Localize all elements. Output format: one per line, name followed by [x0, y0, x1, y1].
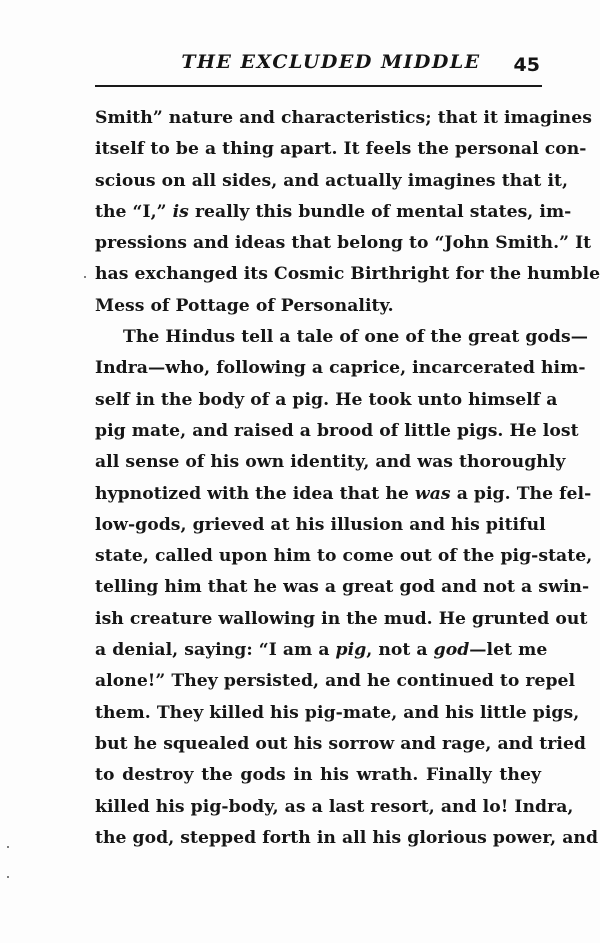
- italic-word: pig: [336, 640, 367, 660]
- text-segment: Smith” nature and characteristics; that …: [95, 108, 592, 128]
- text-segment: Mess of Pottage of Personality.: [95, 296, 394, 316]
- text-segment: scious on all sides, and actually imagin…: [95, 171, 568, 191]
- text-segment: Indra—who, following a caprice, incarcer…: [95, 358, 586, 378]
- text-line: pressions and ideas that belong to “John…: [95, 228, 541, 259]
- italic-word: god: [434, 640, 470, 660]
- text-segment: pressions and ideas that belong to “John…: [95, 233, 591, 253]
- text-line: Mess of Pottage of Personality.: [95, 291, 541, 322]
- text-line: scious on all sides, and actually imagin…: [95, 166, 541, 197]
- text-line: a denial, saying: “I am a pig, not a god…: [95, 635, 541, 666]
- text-line: to destroy the gods in his wrath. Finall…: [95, 760, 541, 791]
- text-line: ish creature wallowing in the mud. He gr…: [95, 604, 541, 635]
- text-segment: killed his pig-body, as a last resort, a…: [95, 797, 573, 817]
- paragraph: Smith” nature and characteristics; that …: [95, 103, 541, 322]
- text-line: telling him that he was a great god and …: [95, 572, 541, 603]
- text-line: Smith” nature and characteristics; that …: [95, 103, 541, 134]
- text-segment: self in the body of a pig. He took unto …: [95, 390, 557, 410]
- text-line: the god, stepped forth in all his glorio…: [95, 823, 541, 854]
- italic-word: is: [173, 202, 189, 222]
- text-segment: a pig. The fel-: [451, 484, 592, 504]
- italic-word: was: [415, 484, 451, 504]
- text-segment: itself to be a thing apart. It feels the…: [95, 139, 586, 159]
- text-segment: the “I,”: [95, 202, 173, 222]
- text-line: hypnotized with the idea that he was a p…: [95, 479, 541, 510]
- text-segment: but he squealed out his sorrow and rage,…: [95, 734, 586, 754]
- body-text: Smith” nature and characteristics; that …: [95, 103, 541, 854]
- scan-speck: [7, 876, 9, 878]
- text-segment: has exchanged its Cosmic Birthright for …: [95, 264, 600, 284]
- text-line: all sense of his own identity, and was t…: [95, 447, 541, 478]
- text-segment: , not a: [366, 640, 433, 660]
- text-line: alone!” They persisted, and he continued…: [95, 666, 541, 697]
- scan-speck: [84, 276, 86, 278]
- text-line: but he squealed out his sorrow and rage,…: [95, 729, 541, 760]
- text-line: The Hindus tell a tale of one of the gre…: [95, 322, 541, 353]
- text-segment: alone!” They persisted, and he continued…: [95, 671, 575, 691]
- paragraph: The Hindus tell a tale of one of the gre…: [95, 322, 541, 854]
- text-line: the “I,” is really this bundle of mental…: [95, 197, 541, 228]
- scan-speck: [7, 846, 9, 848]
- text-segment: ish creature wallowing in the mud. He gr…: [95, 609, 587, 629]
- book-page: THE EXCLUDED MIDDLE 45 Smith” nature and…: [0, 0, 600, 943]
- text-segment: all sense of his own identity, and was t…: [95, 452, 565, 472]
- text-line: them. They killed his pig-mate, and his …: [95, 698, 541, 729]
- text-segment: pig mate, and raised a brood of little p…: [95, 421, 579, 441]
- text-segment: —let me: [469, 640, 547, 660]
- text-segment: the god, stepped forth in all his glorio…: [95, 828, 598, 848]
- text-segment: hypnotized with the idea that he: [95, 484, 415, 504]
- text-line: low-gods, grieved at his illusion and hi…: [95, 510, 541, 541]
- text-segment: telling him that he was a great god and …: [95, 577, 589, 597]
- running-head: THE EXCLUDED MIDDLE 45: [95, 49, 542, 79]
- text-segment: really this bundle of mental states, im-: [189, 202, 571, 222]
- text-line: has exchanged its Cosmic Birthright for …: [95, 259, 541, 290]
- text-segment: them. They killed his pig-mate, and his …: [95, 703, 579, 723]
- text-segment: a denial, saying: “I am a: [95, 640, 336, 660]
- running-head-title: THE EXCLUDED MIDDLE: [171, 51, 491, 73]
- header-rule-divider: [95, 85, 542, 87]
- text-line: itself to be a thing apart. It feels the…: [95, 134, 541, 165]
- text-segment: The Hindus tell a tale of one of the gre…: [123, 327, 588, 347]
- text-line: Indra—who, following a caprice, incarcer…: [95, 353, 541, 384]
- text-segment: low-gods, grieved at his illusion and hi…: [95, 515, 546, 535]
- text-line: self in the body of a pig. He took unto …: [95, 385, 541, 416]
- page-number: 45: [514, 54, 540, 76]
- text-line: killed his pig-body, as a last resort, a…: [95, 792, 541, 823]
- text-line: state, called upon him to come out of th…: [95, 541, 541, 572]
- text-line: pig mate, and raised a brood of little p…: [95, 416, 541, 447]
- text-segment: state, called upon him to come out of th…: [95, 546, 592, 566]
- text-segment: to destroy the gods in his wrath. Finall…: [95, 765, 541, 785]
